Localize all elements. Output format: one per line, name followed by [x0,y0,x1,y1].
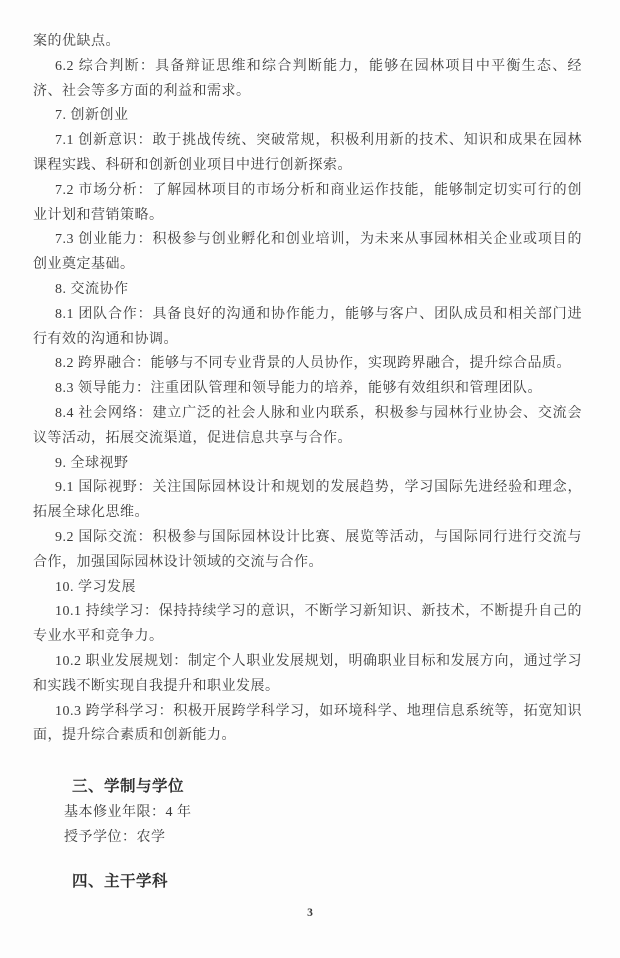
degree-duration-line: 基本修业年限：4 年 [64,803,192,823]
body-paragraph: 10.1 持续学习：保持持续学习的意识，不断学习新知识、新技术，不断提升自己的专… [33,600,582,650]
body-paragraph: 8.4 社会网络：建立广泛的社会人脉和业内联系，积极参与园林行业协会、交流会议等… [33,402,582,452]
body-paragraph: 10.2 职业发展规划：制定个人职业发展规划，明确职业目标和发展方向，通过学习和… [33,650,582,700]
degree-award-line: 授予学位：农学 [64,828,166,848]
body-paragraph: 7.3 创业能力：积极参与创业孵化和创业培训，为未来从事园林相关企业或项目的创业… [33,228,582,278]
body-paragraph: 案的优缺点。 [33,30,582,55]
body-paragraph: 6.2 综合判断：具备辩证思维和综合判断能力，能够在园林项目中平衡生态、经济、社… [33,55,582,105]
body-paragraph: 8. 交流协作 [33,278,582,303]
body-paragraph: 7. 创新创业 [33,104,582,129]
body-paragraph: 9. 全球视野 [33,452,582,477]
body-paragraph: 9.1 国际视野：关注国际园林设计和规划的发展趋势，学习国际先进经验和理念，拓展… [33,476,582,526]
section-heading-duration-degree: 三、学制与学位 [72,777,184,797]
body-paragraph: 7.2 市场分析：了解园林项目的市场分析和商业运作技能，能够制定切实可行的创业计… [33,179,582,229]
body-paragraph: 10.3 跨学科学习：积极开展跨学科学习，如环境科学、地理信息系统等，拓宽知识面… [33,700,582,750]
section-heading-core-disciplines: 四、主干学科 [72,872,168,892]
body-paragraph: 8.3 领导能力：注重团队管理和领导能力的培养，能够有效组织和管理团队。 [33,377,582,402]
body-paragraph: 8.2 跨界融合：能够与不同专业背景的人员协作，实现跨界融合，提升综合品质。 [33,352,582,377]
document-page: 案的优缺点。 6.2 综合判断：具备辩证思维和综合判断能力，能够在园林项目中平衡… [0,0,620,958]
body-paragraph: 8.1 团队合作：具备良好的沟通和协作能力，能够与客户、团队成员和相关部门进行有… [33,303,582,353]
page-number: 3 [0,907,620,919]
body-paragraph: 7.1 创新意识：敢于挑战传统、突破常规，积极利用新的技术、知识和成果在园林课程… [33,129,582,179]
body-paragraph: 10. 学习发展 [33,576,582,601]
body-paragraph: 9.2 国际交流：积极参与国际园林设计比赛、展览等活动，与国际同行进行交流与合作… [33,526,582,576]
document-body: 案的优缺点。 6.2 综合判断：具备辩证思维和综合判断能力，能够在园林项目中平衡… [33,30,582,749]
